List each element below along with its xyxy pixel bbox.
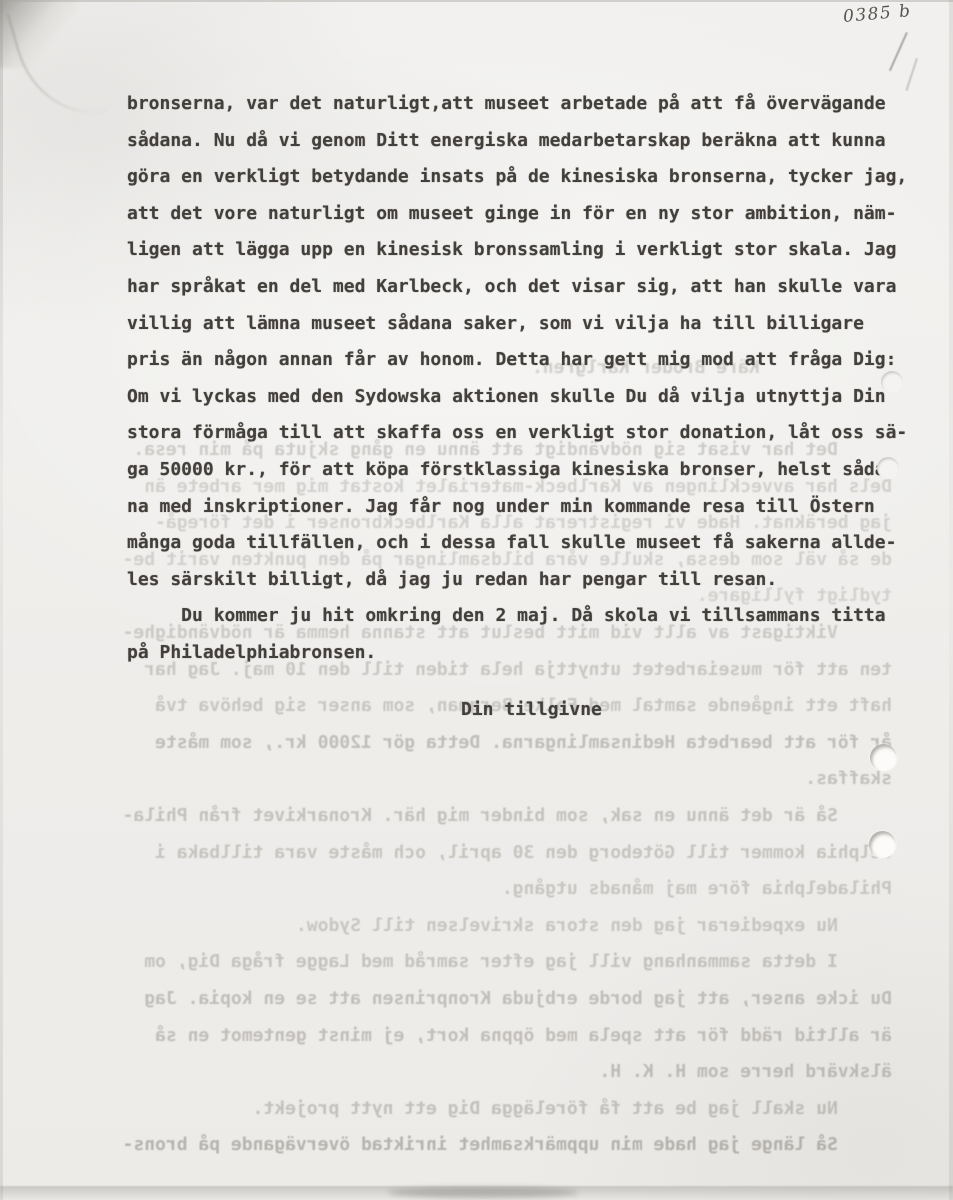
bleedthrough-line: år för att bearbeta Hedinsamlingarna. De… xyxy=(112,725,892,762)
scan-smudge xyxy=(388,1187,578,1198)
scan-edge-top xyxy=(0,0,953,2)
letter-line: les särskilt billigt, då jag ju redan ha… xyxy=(127,562,917,599)
letter-line: bronserna, var det naturligt,att museet … xyxy=(127,86,917,123)
pencil-mark xyxy=(889,32,908,71)
letter-body: bronserna, var det naturligt,att museet … xyxy=(127,86,917,672)
letter-line: na med inskriptioner. Jag får nog under … xyxy=(127,489,917,526)
punch-hole xyxy=(877,457,899,479)
bleedthrough-line: Nu expedierar jag den stora skrivelsen t… xyxy=(112,908,892,945)
letter-line: sådana. Nu då vi genom Ditt energiska me… xyxy=(127,123,917,160)
letter-line: ligen att lägga upp en kinesisk bronssam… xyxy=(127,232,917,269)
punch-hole xyxy=(881,371,903,393)
bleedthrough-line: skaffas. xyxy=(112,761,892,798)
punch-hole xyxy=(869,831,896,858)
bleedthrough-line: Philadelphia före maj månads utgång. xyxy=(112,871,892,908)
letter-closing: Din tillgivne xyxy=(461,692,602,729)
paper-crease xyxy=(7,0,109,130)
bleedthrough-line: är alltid rädd för att spela med öppna k… xyxy=(112,1018,892,1055)
letter-line: göra en verkligt betydande insats på de … xyxy=(127,159,917,196)
bleedthrough-line: älskvärd herre som H. K. H. xyxy=(112,1054,892,1091)
bleedthrough-line: delphia kommer till Göteborg den 30 apri… xyxy=(112,835,892,872)
letter-line: ga 50000 kr., för att köpa förstklassiga… xyxy=(127,452,917,489)
letter-line: många goda tillfällen, och i dessa fall … xyxy=(127,525,917,562)
archival-number-handwritten: 0385 b xyxy=(842,1,912,27)
letter-line: Om vi lyckas med den Sydowska aktionen s… xyxy=(127,379,917,416)
bleedthrough-line: I detta sammanhang vill jag efter samråd… xyxy=(112,944,892,981)
scan-edge-left xyxy=(0,0,3,1200)
bleedthrough-line: Nu skall jag be att få förelägga Dig ett… xyxy=(112,1091,892,1128)
letter-line: att det vore naturligt om museet ginge i… xyxy=(127,196,917,233)
scanned-letter-page: 0385 b Käre Broder Karlgren. Det har vis… xyxy=(0,0,953,1200)
bleedthrough-line: Du icke anser, att jag borde erbjuda Kro… xyxy=(112,981,892,1018)
bleedthrough-line: Så länge jag hade min uppmärksamhet inri… xyxy=(112,1127,892,1164)
letter-line: villig att lämna museet sådana saker, so… xyxy=(127,306,917,343)
letter-line: på Philadelphiabronsen. xyxy=(127,635,917,672)
bleedthrough-line: Så är det ännu en sak, som binder mig hä… xyxy=(112,798,892,835)
letter-line: stora förmåga till att skaffa oss en ver… xyxy=(127,415,917,452)
letter-line: har språkat en del med Karlbeck, och det… xyxy=(127,269,917,306)
punch-hole xyxy=(870,744,897,771)
letter-line: pris än någon annan får av honom. Detta … xyxy=(127,342,917,379)
scan-edge-right xyxy=(949,0,953,1200)
letter-line: Du kommer ju hit omkring den 2 maj. Då s… xyxy=(127,598,917,635)
